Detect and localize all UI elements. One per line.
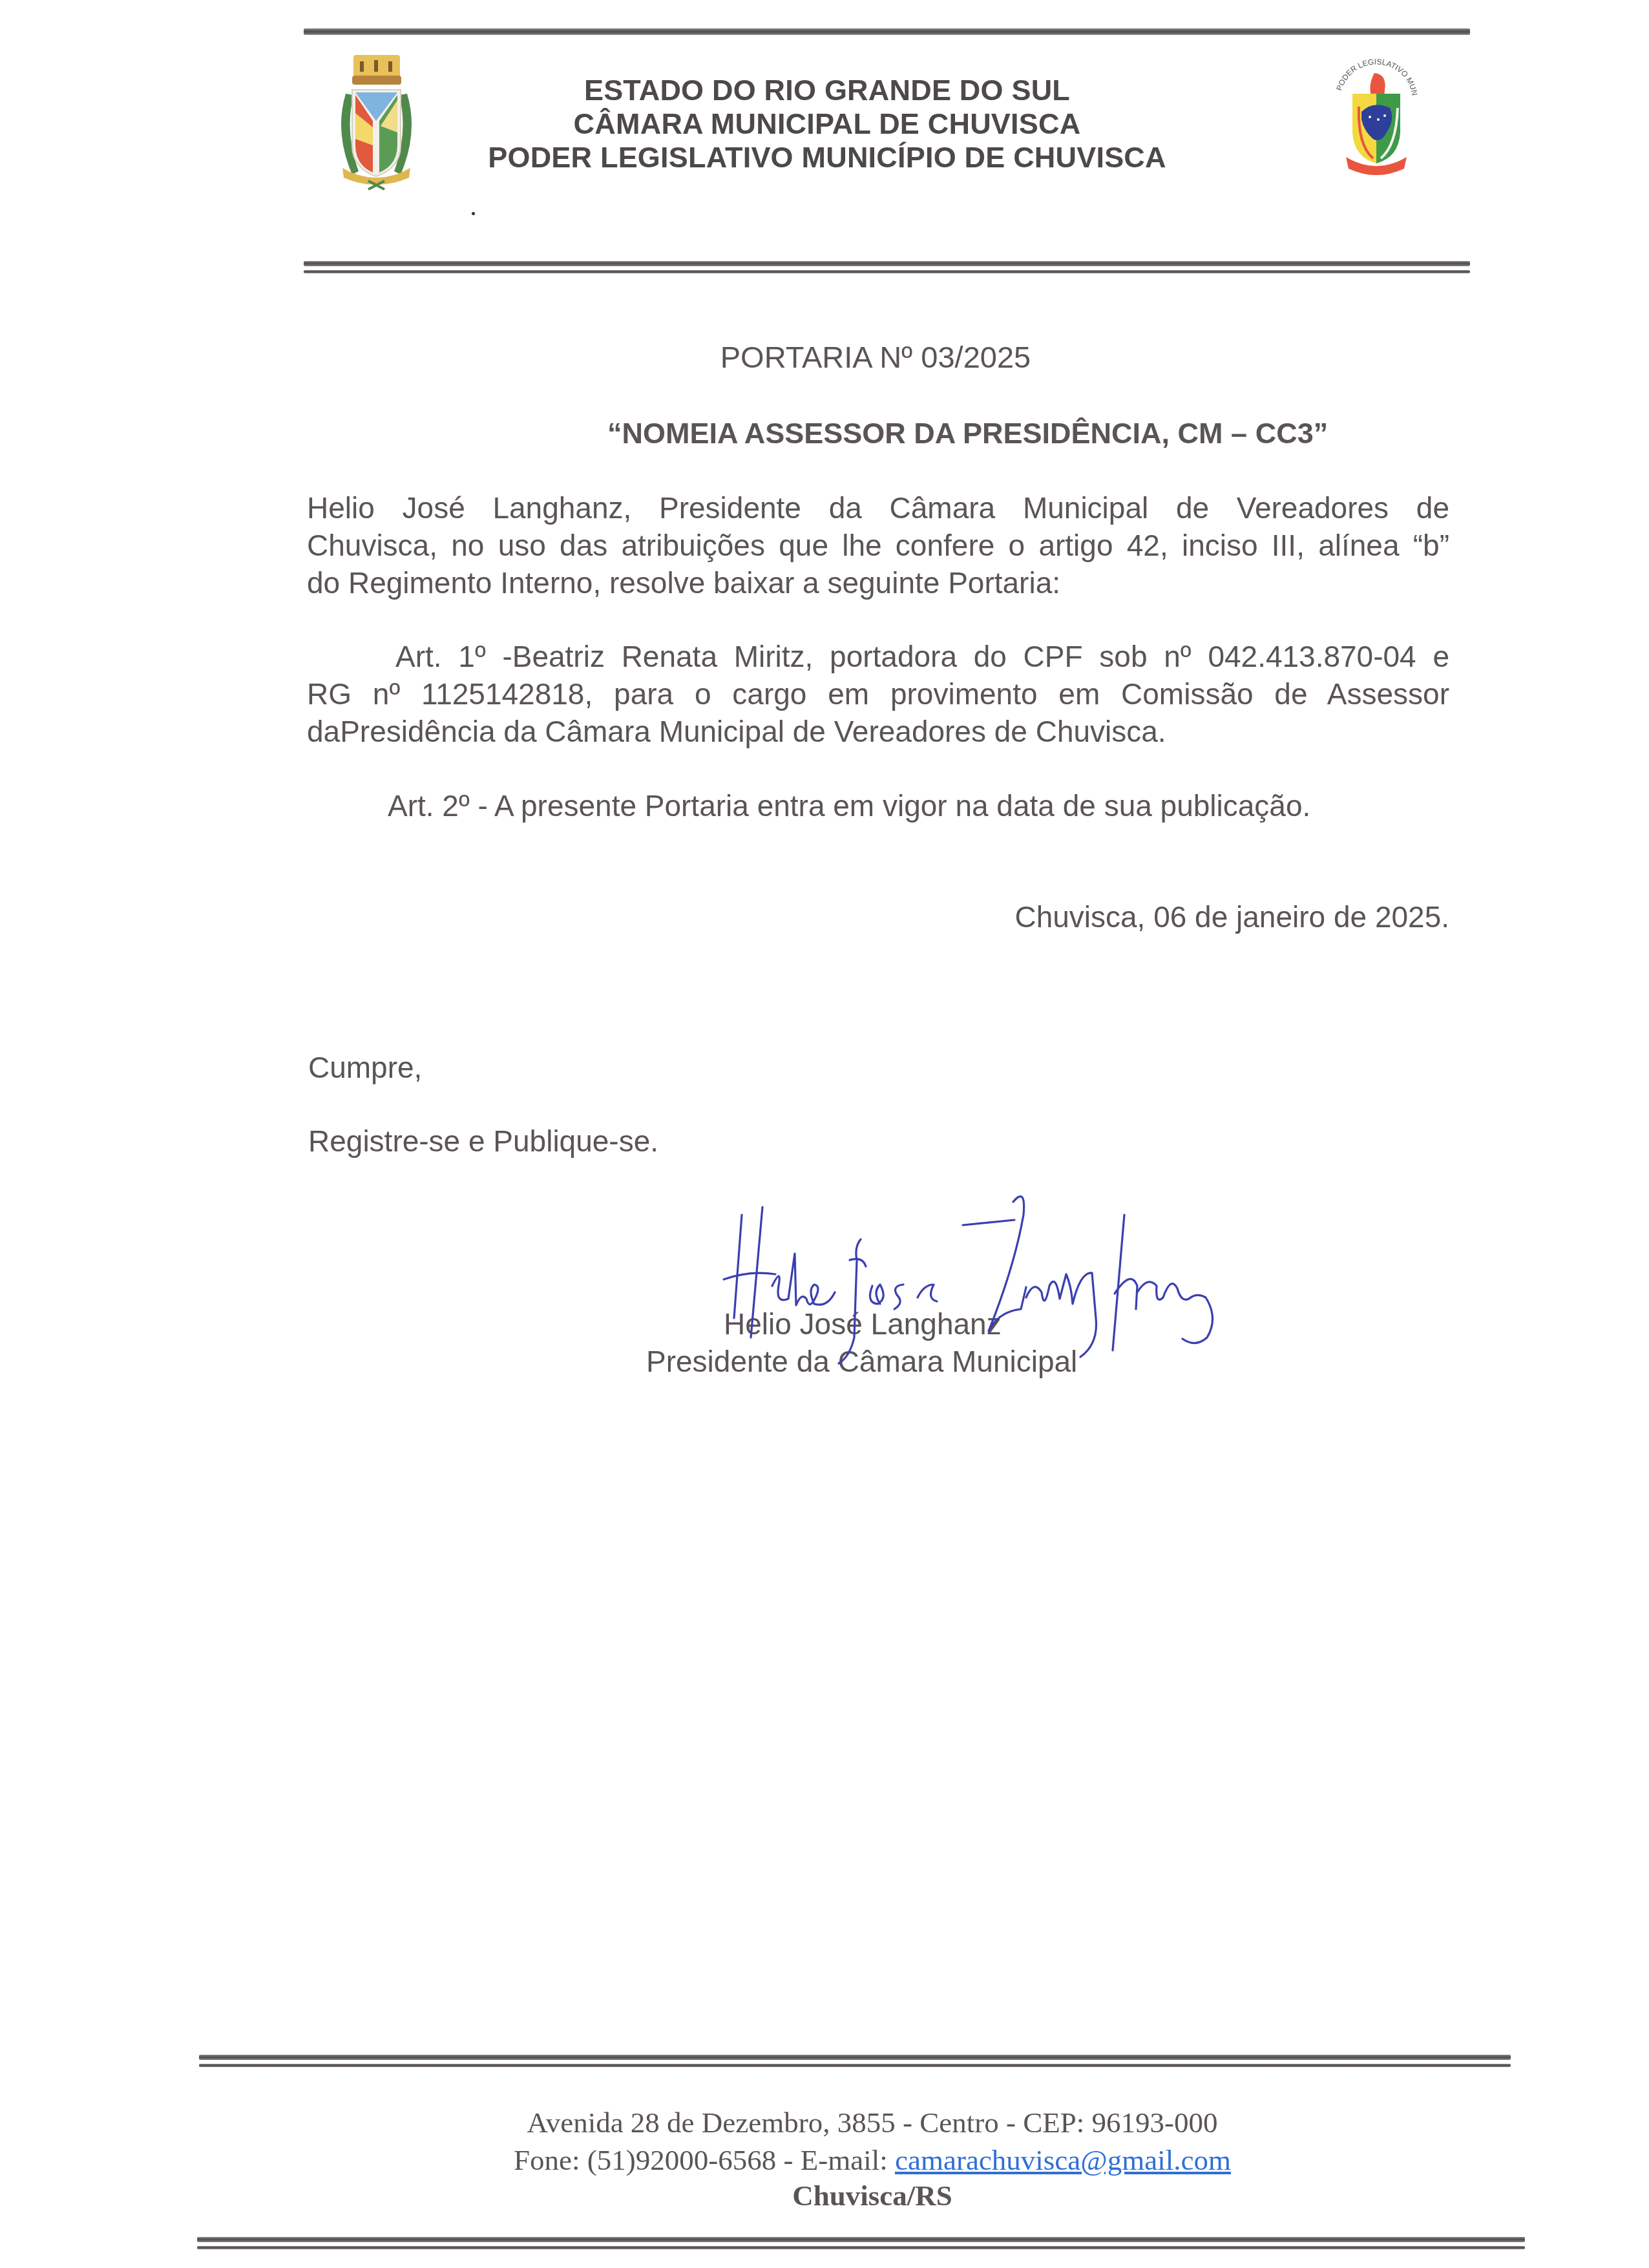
preamble-line: do Regimento Interno, resolve baixar a s…: [307, 564, 1449, 602]
footer-contact: Fone: (51)92000-6568 - E-mail: camarachu…: [194, 2142, 1551, 2178]
coat-of-arms-logo: [333, 48, 420, 191]
closing-cumpre: Cumpre,: [308, 1049, 696, 1086]
header-bottom-rule-1: [304, 261, 1470, 266]
scan-speck: [472, 212, 475, 215]
closing-registre: Registre-se e Publique-se.: [308, 1122, 890, 1160]
footer-top-rule-1: [199, 2055, 1511, 2060]
preamble-line: Helio José Langhanz, Presidente da Câmar…: [307, 489, 1449, 527]
header-chamber-line: CÂMARA MUNICIPAL DE CHUVISCA: [414, 107, 1241, 141]
header-legislative-line: PODER LEGISLATIVO MUNICÍPIO DE CHUVISCA: [414, 141, 1241, 174]
portaria-subtitle: “NOMEIA ASSESSOR DA PRESIDÊNCIA, CM – CC…: [607, 415, 1409, 452]
footer-phone: Fone: (51)92000-6568 - E-mail:: [514, 2144, 895, 2176]
handwritten-signature: [711, 1189, 1344, 1396]
footer-bottom-rule-2: [197, 2246, 1525, 2249]
date-line: Chuvisca, 06 de janeiro de 2025.: [803, 898, 1449, 936]
header-top-rule: [304, 28, 1470, 35]
header-bottom-rule-2: [304, 270, 1470, 273]
footer-city: Chuvisca/RS: [194, 2178, 1551, 2214]
legislative-emblem-logo: PODER LEGISLATIVO MUNICIPAL: [1328, 55, 1425, 178]
footer-address: Avenida 28 de Dezembro, 3855 - Centro - …: [194, 2105, 1551, 2141]
footer-email-link[interactable]: camarachuvisca@gmail.com: [895, 2144, 1231, 2176]
article-1-line: Art. 1º -Beatriz Renata Miritz, portador…: [395, 638, 1449, 675]
footer-top-rule-2: [199, 2064, 1511, 2067]
footer-bottom-rule-1: [197, 2237, 1525, 2242]
portaria-title: PORTARIA Nº 03/2025: [617, 339, 1134, 376]
header-state-line: ESTADO DO RIO GRANDE DO SUL: [414, 74, 1241, 107]
article-1-line: daPresidência da Câmara Municipal de Ver…: [307, 713, 1449, 750]
article-1-line: RG nº 1125142818, para o cargo em provim…: [307, 675, 1449, 713]
preamble-line: Chuvisca, no uso das atribuições que lhe…: [307, 527, 1449, 564]
article-2-paragraph: Art. 2º - A presente Portaria entra em v…: [388, 787, 1486, 824]
